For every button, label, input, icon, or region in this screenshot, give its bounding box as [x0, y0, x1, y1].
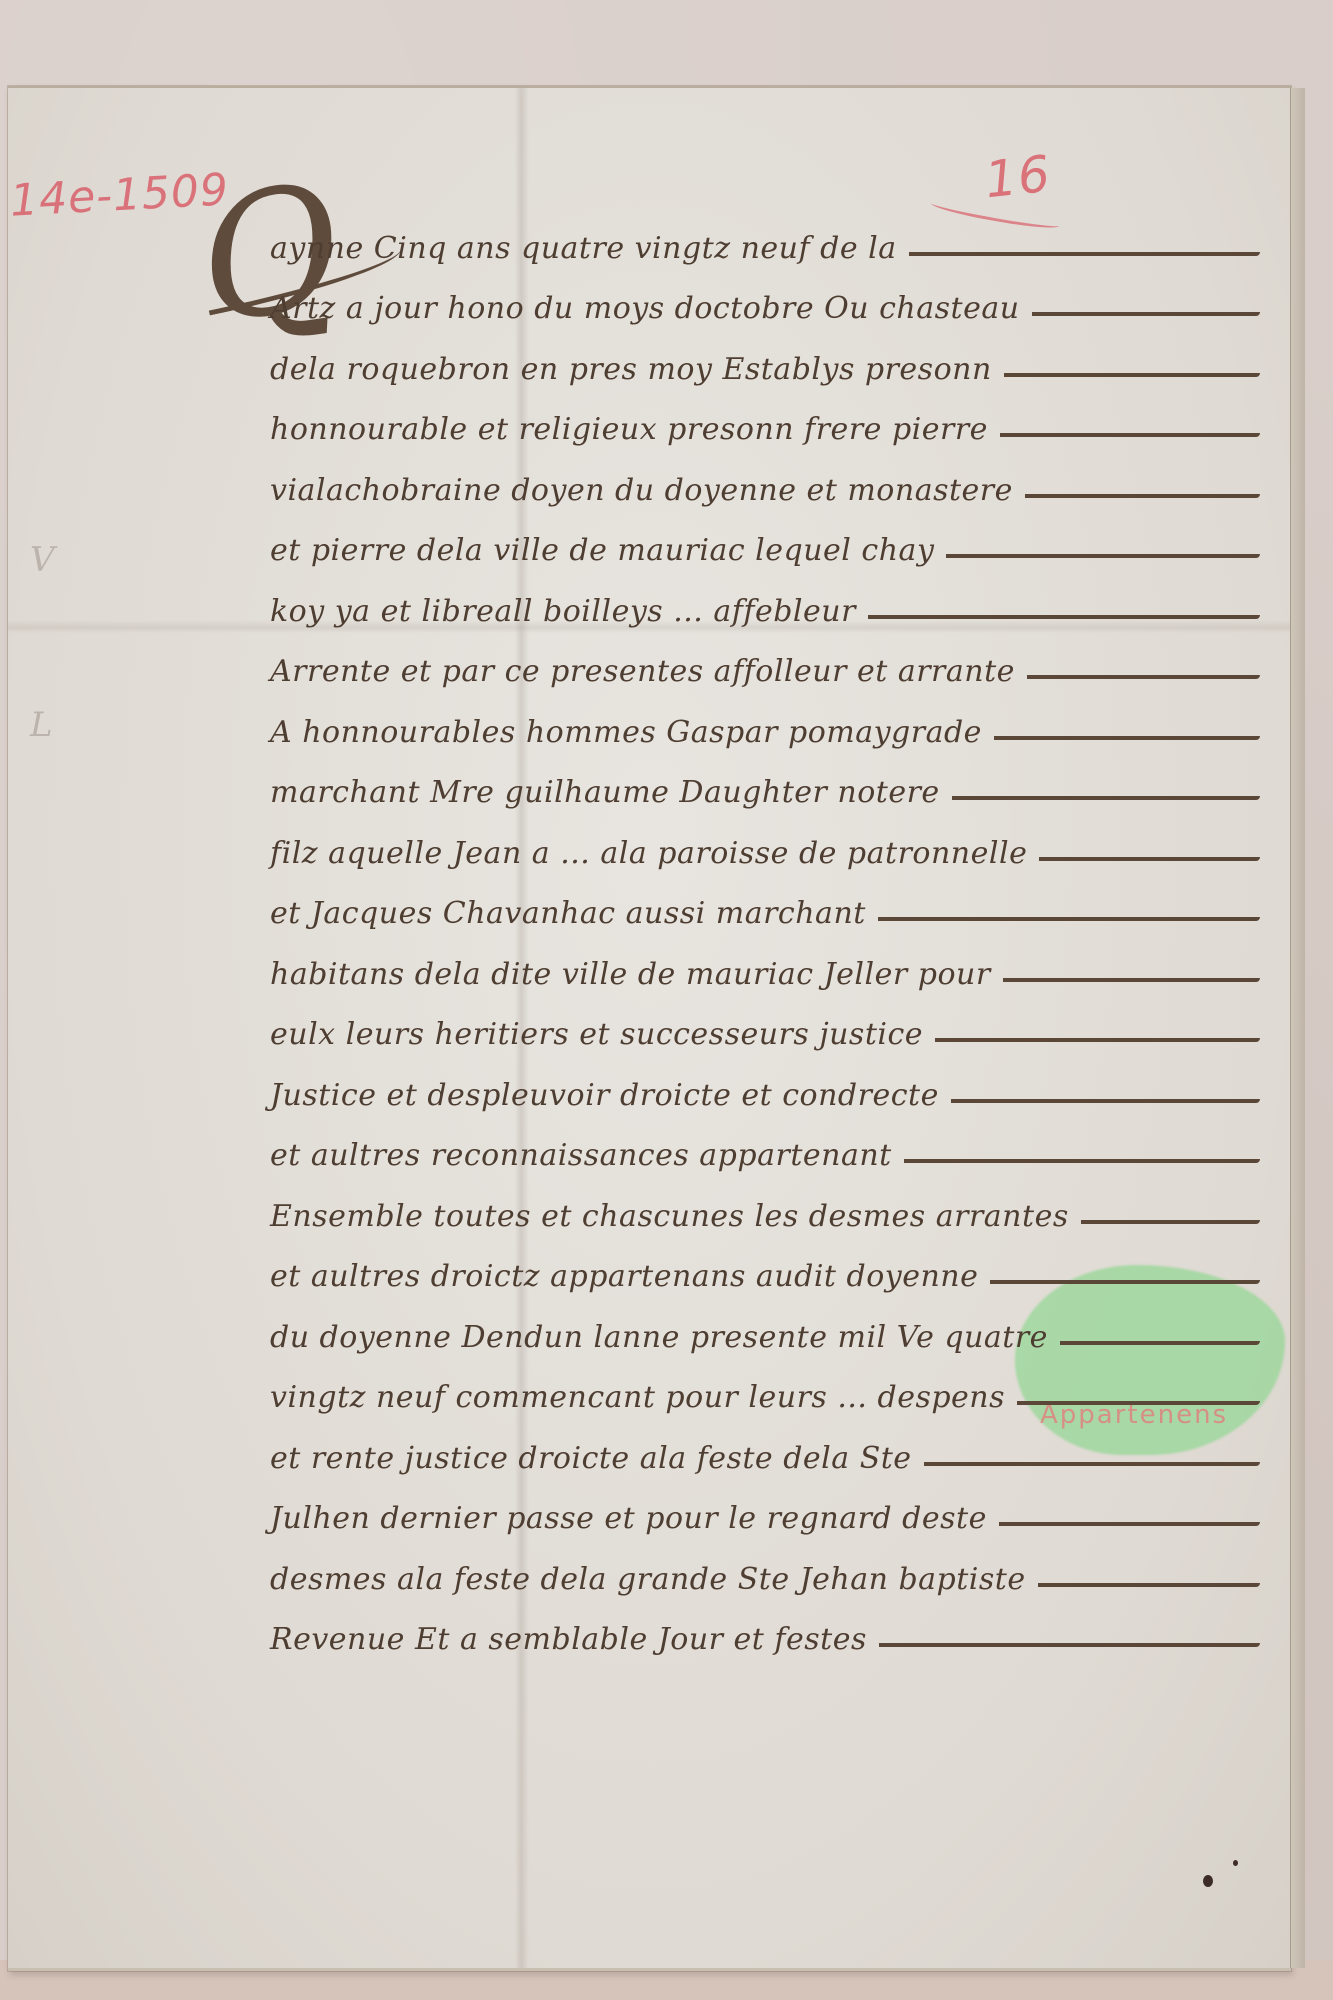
line-text: Ensemble toutes et chascunes les desmes … [270, 1199, 1069, 1234]
line-filler [1000, 433, 1260, 437]
text-line: Julhen dernier passe et pour le regnard … [270, 1476, 1260, 1537]
line-text: Arrente et par ce presentes affolleur et… [270, 654, 1015, 689]
ink-spot [1203, 1875, 1213, 1887]
line-text: desmes ala feste dela grande Ste Jehan b… [270, 1562, 1026, 1597]
line-text: et pierre dela ville de mauriac lequel c… [270, 533, 934, 568]
line-text: eulx leurs heritiers et successeurs just… [270, 1017, 923, 1052]
line-filler [946, 554, 1260, 558]
line-filler [994, 736, 1260, 740]
line-text: et rente justice droicte ala feste dela … [270, 1441, 912, 1476]
manuscript-text-block: aynne Cinq ans quatre vingtz neuf de la … [270, 205, 1260, 1657]
text-line: Revenue Et a semblable Jour et festes [270, 1597, 1260, 1658]
line-text: et Jacques Chavanhac aussi marchant [270, 896, 866, 931]
line-text: Julhen dernier passe et pour le regnard … [270, 1501, 987, 1536]
folio-number: 16 [982, 145, 1053, 210]
ink-spot [1233, 1860, 1238, 1866]
line-filler [1032, 312, 1260, 316]
line-text: vialachobraine doyen du doyenne et monas… [270, 473, 1013, 508]
line-text: Revenue Et a semblable Jour et festes [270, 1622, 867, 1657]
line-text: A honnourables hommes Gaspar pomaygrade [270, 715, 982, 750]
text-line: du doyenne Dendun lanne presente mil Ve … [270, 1294, 1260, 1355]
line-filler [952, 796, 1260, 800]
text-line: et aultres reconnaissances appartenant [270, 1113, 1260, 1174]
line-filler [904, 1159, 1260, 1163]
line-text: marchant Mre guilhaume Daughter notere [270, 775, 940, 810]
line-filler [1038, 1583, 1260, 1587]
line-text: du doyenne Dendun lanne presente mil Ve … [270, 1320, 1048, 1355]
line-filler [868, 615, 1260, 619]
text-line: Justice et despleuvoir droicte et condre… [270, 1052, 1260, 1113]
margin-ghost-mark: V [30, 540, 55, 580]
line-text: dela roquebron en pres moy Establys pres… [270, 352, 992, 387]
text-line: filz aquelle Jean a ... ala paroisse de … [270, 810, 1260, 871]
text-line: et pierre dela ville de mauriac lequel c… [270, 508, 1260, 569]
line-text: koy ya et libreall boilleys ... affebleu… [270, 594, 856, 629]
line-filler [879, 1643, 1260, 1647]
line-text: vingtz neuf commencant pour leurs ... de… [270, 1380, 1005, 1415]
line-filler [999, 1522, 1260, 1526]
text-line: koy ya et libreall boilleys ... affebleu… [270, 568, 1260, 629]
text-line: eulx leurs heritiers et successeurs just… [270, 992, 1260, 1053]
sheet-edge [1290, 88, 1305, 1968]
text-line: aynne Cinq ans quatre vingtz neuf de la [270, 205, 1260, 266]
line-filler [924, 1462, 1260, 1466]
text-line: Arrente et par ce presentes affolleur et… [270, 629, 1260, 690]
line-text: et aultres droictz appartenans audit doy… [270, 1259, 978, 1294]
line-filler [1025, 494, 1260, 498]
line-text: honnourable et religieux presonn frere p… [270, 412, 988, 447]
line-filler [935, 1038, 1260, 1042]
text-line: Ensemble toutes et chascunes les desmes … [270, 1173, 1260, 1234]
text-line: et aultres droictz appartenans audit doy… [270, 1234, 1260, 1295]
text-line: A honnourables hommes Gaspar pomaygrade [270, 689, 1260, 750]
line-text: Justice et despleuvoir droicte et condre… [270, 1078, 939, 1113]
line-filler [909, 252, 1260, 256]
line-text: aynne Cinq ans quatre vingtz neuf de la [270, 231, 897, 266]
line-filler [1017, 1401, 1260, 1405]
line-text: Artz a jour hono du moys doctobre Ou cha… [270, 291, 1020, 326]
text-line: honnourable et religieux presonn frere p… [270, 387, 1260, 448]
text-line: marchant Mre guilhaume Daughter notere [270, 750, 1260, 811]
text-line: et Jacques Chavanhac aussi marchant [270, 871, 1260, 932]
text-line: habitans dela dite ville de mauriac Jell… [270, 931, 1260, 992]
line-text: habitans dela dite ville de mauriac Jell… [270, 957, 991, 992]
line-filler [990, 1280, 1260, 1284]
text-line: dela roquebron en pres moy Establys pres… [270, 326, 1260, 387]
line-filler [878, 917, 1260, 921]
line-filler [1003, 978, 1260, 982]
line-text: et aultres reconnaissances appartenant [270, 1138, 892, 1173]
line-text: filz aquelle Jean a ... ala paroisse de … [270, 836, 1027, 871]
line-filler [1081, 1220, 1260, 1224]
margin-ghost-mark: L [30, 705, 53, 745]
text-line: vialachobraine doyen du doyenne et monas… [270, 447, 1260, 508]
line-filler [1060, 1341, 1260, 1345]
text-line: vingtz neuf commencant pour leurs ... de… [270, 1355, 1260, 1416]
text-line: desmes ala feste dela grande Ste Jehan b… [270, 1536, 1260, 1597]
line-filler [951, 1099, 1260, 1103]
line-filler [1004, 373, 1260, 377]
line-filler [1027, 675, 1260, 679]
text-line: Artz a jour hono du moys doctobre Ou cha… [270, 266, 1260, 327]
text-line: et rente justice droicte ala feste dela … [270, 1415, 1260, 1476]
line-filler [1039, 857, 1260, 861]
